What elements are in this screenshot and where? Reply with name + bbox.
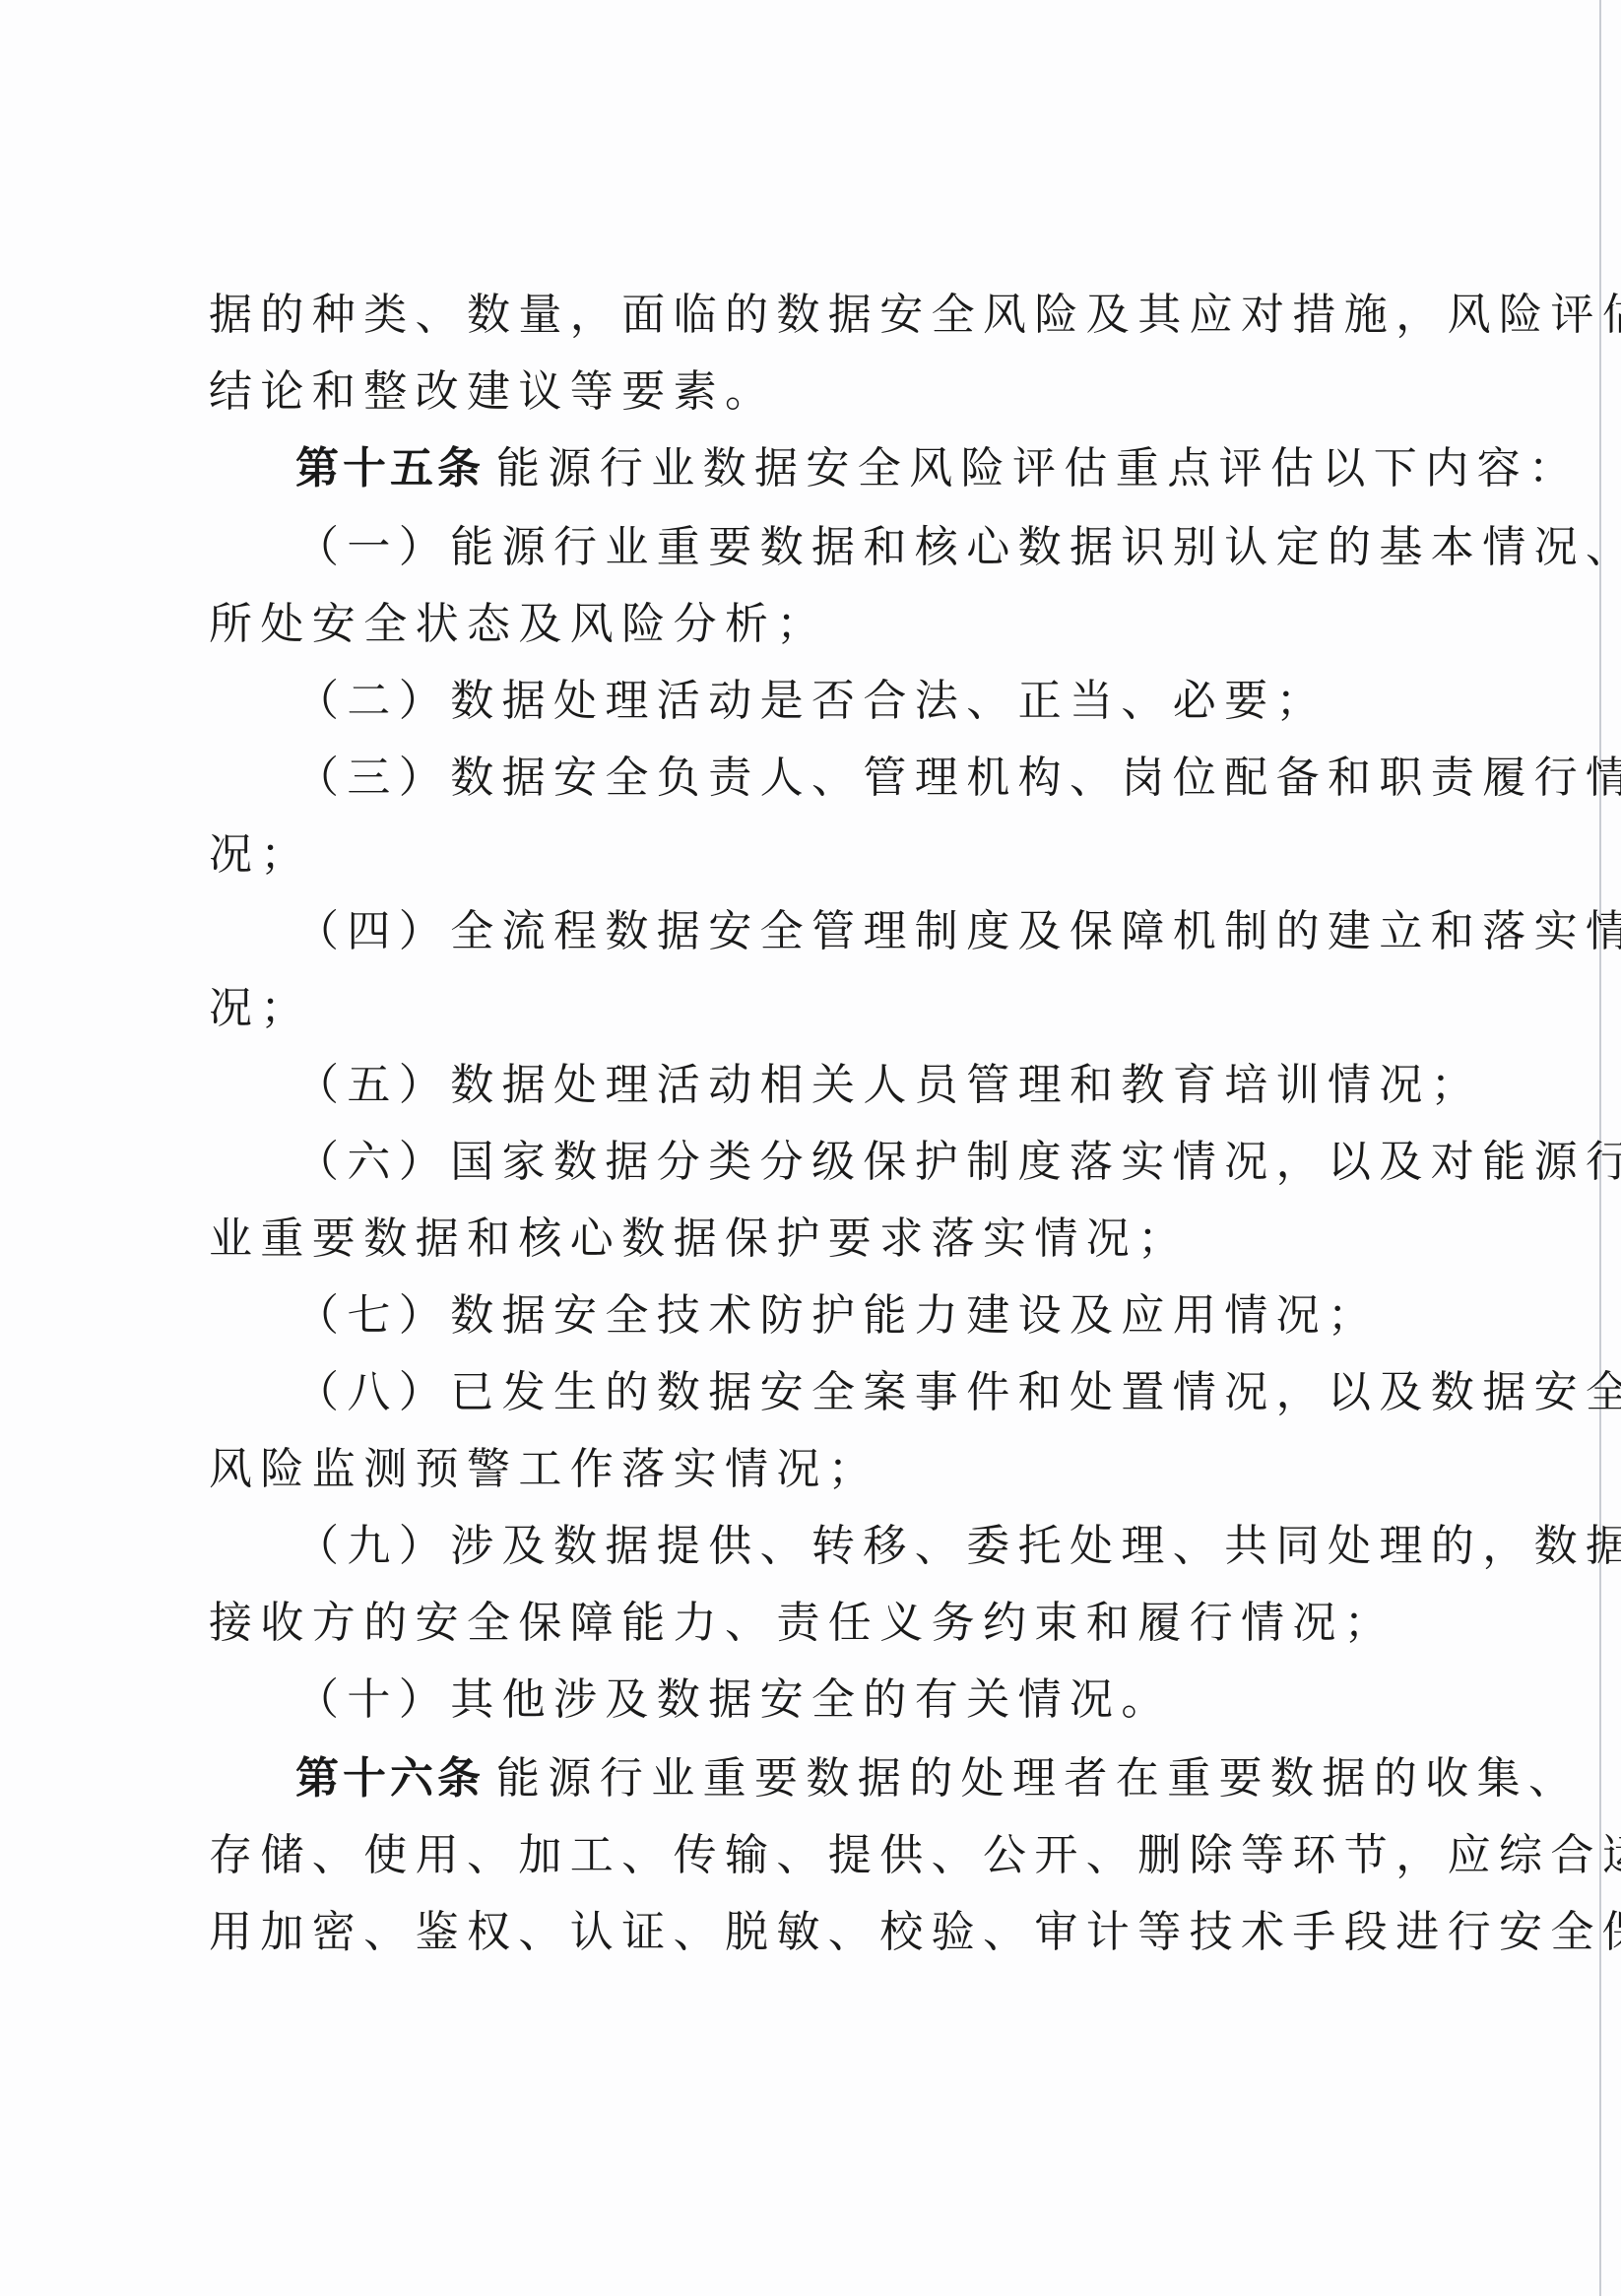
text-line: 用加密、鉴权、认证、脱敏、校验、审计等技术手段进行安全保 [209, 1903, 1621, 1962]
article-number: 第十六条 [295, 1753, 485, 1804]
text-line: 接收方的安全保障能力、责任义务约束和履行情况； [209, 1594, 1395, 1653]
list-item: （四）全流程数据安全管理制度及保障机制的建立和落实情 [295, 902, 1621, 961]
list-item: （三）数据安全负责人、管理机构、岗位配备和职责履行情 [295, 749, 1621, 808]
text-line: 存储、使用、加工、传输、提供、公开、删除等环节，应综合运 [209, 1826, 1621, 1885]
article-16-heading: 第十六条能源行业重要数据的处理者在重要数据的收集、 [295, 1749, 1580, 1808]
text-line: 所处安全状态及风险分析； [209, 595, 828, 654]
list-item: （八）已发生的数据安全案事件和处置情况，以及数据安全 [295, 1363, 1621, 1422]
text-line: 风险监测预警工作落实情况； [209, 1440, 879, 1499]
list-item: （六）国家数据分类分级保护制度落实情况，以及对能源行 [295, 1133, 1621, 1192]
list-item: （五）数据处理活动相关人员管理和教育培训情况； [295, 1056, 1482, 1115]
list-item: （七）数据安全技术防护能力建设及应用情况； [295, 1286, 1379, 1345]
list-item: （一）能源行业重要数据和核心数据识别认定的基本情况、 [295, 518, 1621, 577]
article-15-heading: 第十五条能源行业数据安全风险评估重点评估以下内容： [295, 439, 1580, 498]
text-line: 据的种类、数量，面临的数据安全风险及其应对措施，风险评估 [209, 286, 1621, 345]
list-item: （九）涉及数据提供、转移、委托处理、共同处理的，数据 [295, 1517, 1621, 1576]
article-number: 第十五条 [295, 443, 485, 493]
text-line: 业重要数据和核心数据保护要求落实情况； [209, 1210, 1190, 1269]
text-line: 况； [209, 979, 312, 1038]
article-text: 能源行业重要数据的处理者在重要数据的收集、 [496, 1753, 1580, 1804]
list-item: （二）数据处理活动是否合法、正当、必要； [295, 672, 1328, 731]
list-item: （十）其他涉及数据安全的有关情况。 [295, 1671, 1173, 1730]
text-line: 况； [209, 825, 312, 885]
text-line: 结论和整改建议等要素。 [209, 362, 776, 422]
article-text: 能源行业数据安全风险评估重点评估以下内容： [496, 443, 1580, 493]
document-page: 据的种类、数量，面临的数据安全风险及其应对措施，风险评估 结论和整改建议等要素。… [0, 0, 1621, 2296]
